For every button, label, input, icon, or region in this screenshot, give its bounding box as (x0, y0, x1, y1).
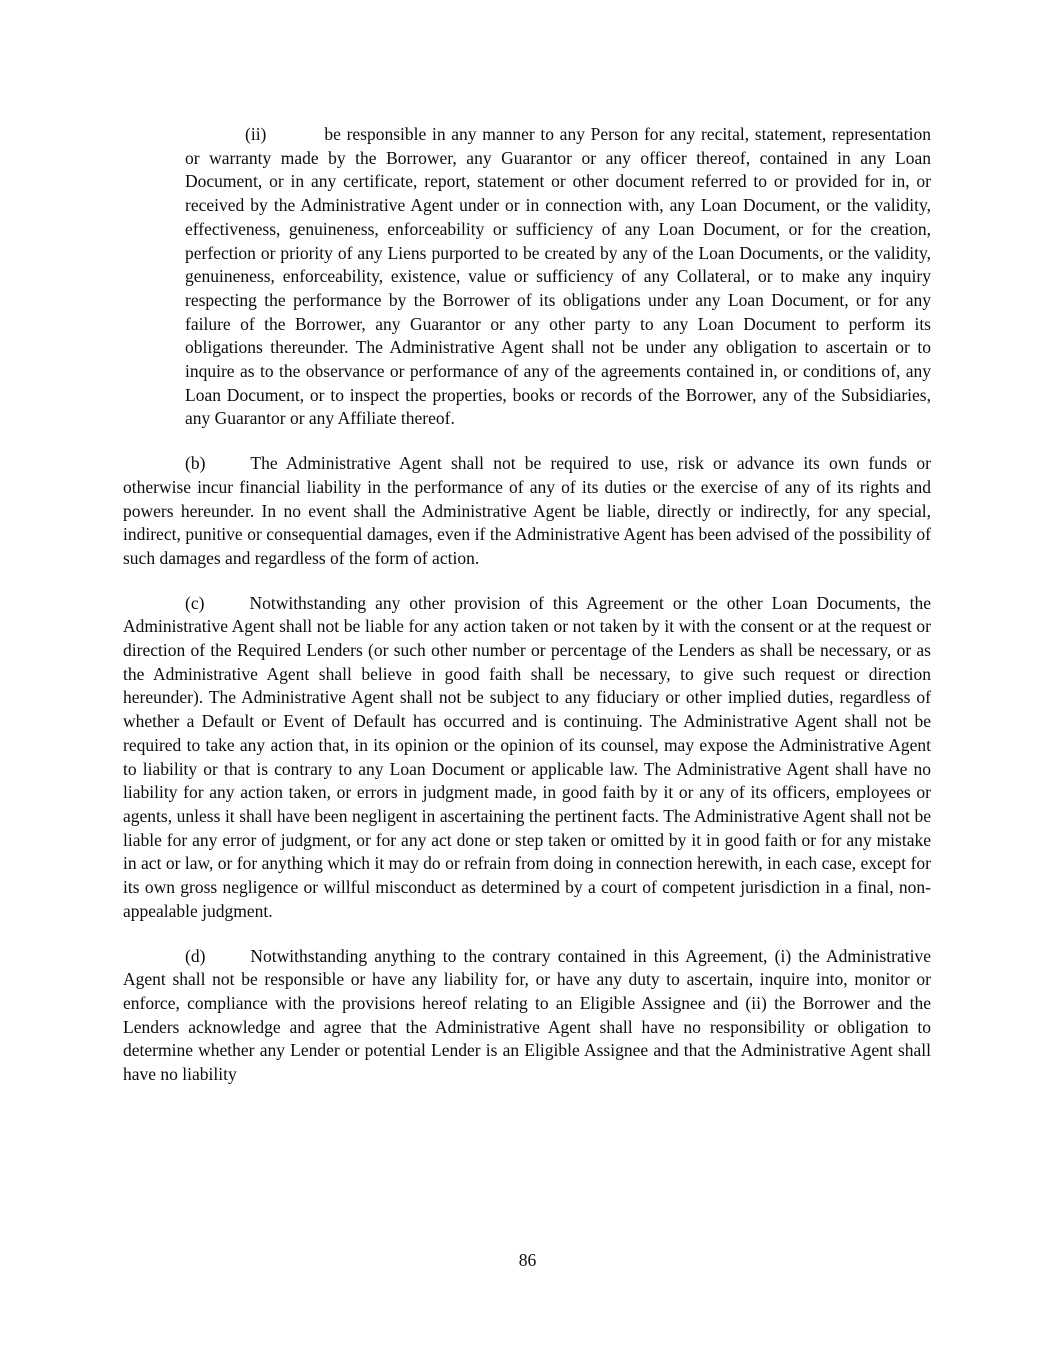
paragraph-c: (c)Notwithstanding any other provision o… (123, 592, 931, 924)
paragraph-d-text: Notwithstanding anything to the contrary… (123, 946, 931, 1085)
label-tab (204, 608, 249, 609)
first-line-indent (185, 139, 245, 140)
paragraph-d-label: (d) (185, 946, 205, 966)
paragraph-b: (b)The Administrative Agent shall not be… (123, 452, 931, 571)
first-line-indent (123, 961, 185, 962)
paragraph-ii-text: be responsible in any manner to any Pers… (185, 124, 931, 428)
label-tab (205, 961, 250, 962)
paragraph-ii-label: (ii) (245, 124, 266, 144)
first-line-indent (123, 468, 185, 469)
page-number: 86 (0, 1249, 1055, 1273)
paragraph-b-text: The Administrative Agent shall not be re… (123, 453, 931, 568)
first-line-indent (123, 608, 185, 609)
label-tab (266, 139, 324, 140)
paragraph-d: (d)Notwithstanding anything to the contr… (123, 945, 931, 1087)
paragraph-ii: (ii)be responsible in any manner to any … (185, 123, 931, 431)
paragraph-c-label: (c) (185, 593, 204, 613)
label-tab (205, 468, 250, 469)
document-page: (ii)be responsible in any manner to any … (0, 0, 1055, 1365)
paragraph-c-text: Notwithstanding any other provision of t… (123, 593, 931, 921)
paragraph-b-label: (b) (185, 453, 205, 473)
document-body: (ii)be responsible in any manner to any … (123, 123, 931, 1108)
